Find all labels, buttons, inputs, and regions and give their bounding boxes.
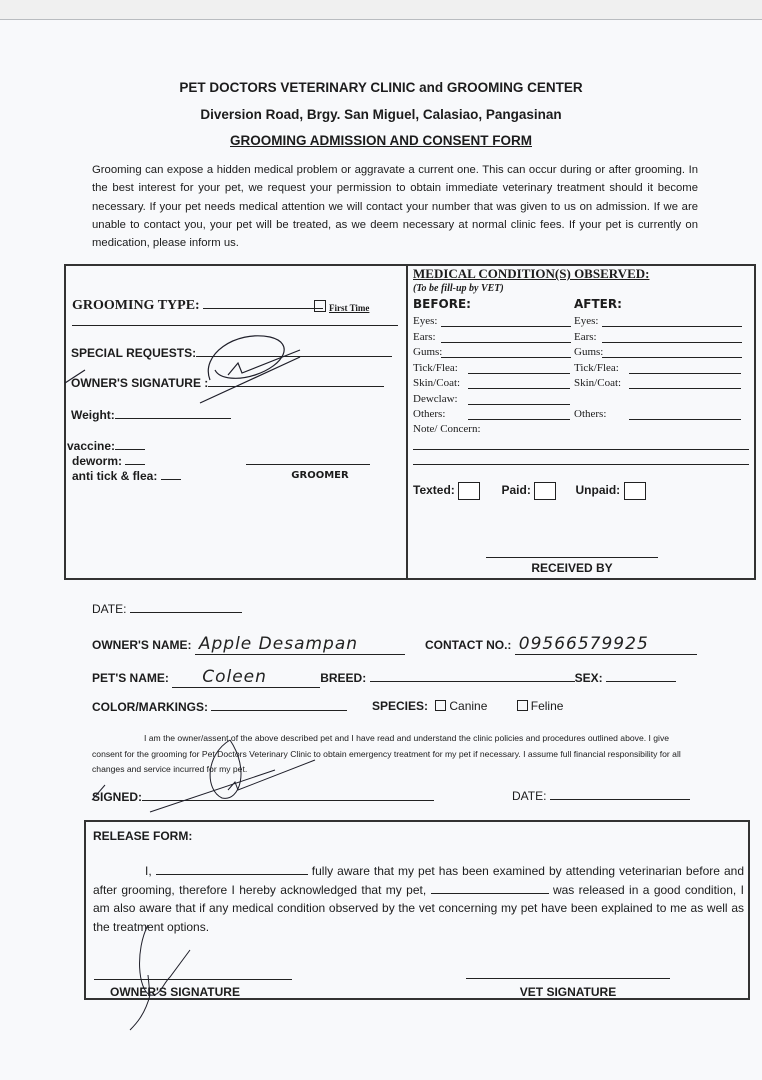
canine-checkbox[interactable] (435, 700, 446, 711)
panel-divider (406, 264, 408, 580)
contact-label: CONTACT NO.: (425, 638, 511, 652)
received-by-label: RECEIVED BY (486, 561, 658, 575)
after-field-input[interactable] (629, 388, 741, 389)
before-field-label: Gums: (413, 346, 442, 358)
before-field-input[interactable] (468, 388, 570, 389)
texted-label: Texted: (413, 483, 455, 497)
groomer-label: GROOMER (246, 470, 394, 481)
note-label: Note/ Concern: (413, 423, 481, 435)
before-field-input[interactable] (468, 404, 570, 405)
vet-signature-label: VET SIGNATURE (466, 985, 670, 999)
grooming-type-row: GROOMING TYPE: (72, 298, 323, 314)
after-field-label: Ears: (574, 331, 597, 343)
breed-label: BREED: (320, 671, 366, 685)
after-field-row: Gums: (574, 346, 603, 358)
deworm-row: deworm: (72, 454, 145, 468)
consent-date-field[interactable] (550, 799, 690, 800)
after-field-row: Tick/Flea: (574, 362, 619, 374)
after-field-row: Ears: (574, 331, 597, 343)
after-field-input[interactable] (602, 357, 742, 358)
after-field-row: Others: (574, 408, 606, 420)
before-field-label: Eyes: (413, 315, 437, 327)
pet-name-row: PET'S NAME: ColeenBREED: SEX: (92, 667, 676, 688)
after-field-row: Skin/Coat: (574, 377, 621, 389)
clinic-address: Diversion Road, Brgy. San Miguel, Calasi… (0, 107, 762, 122)
scan-top-edge (0, 0, 762, 20)
pet-name-field[interactable]: Coleen (172, 667, 320, 688)
anti-tick-row: anti tick & flea: (72, 469, 181, 483)
vaccine-field[interactable] (115, 449, 145, 450)
release-i: I, (93, 864, 152, 878)
before-field-row: Gums: (413, 346, 442, 358)
deworm-label: deworm: (72, 454, 122, 468)
species-row: SPECIES: Canine Feline (372, 699, 563, 713)
species-label: SPECIES: (372, 699, 428, 713)
status-row: Texted: Paid: Unpaid: (413, 482, 646, 500)
first-time-option[interactable]: First Time (314, 300, 369, 313)
note-line-1[interactable] (413, 449, 749, 450)
contact-row: CONTACT NO.: 09566579925 (425, 634, 697, 655)
release-pet-name-field[interactable] (431, 893, 549, 894)
paid-checkbox[interactable] (534, 482, 556, 500)
before-field-input[interactable] (468, 419, 570, 420)
intro-paragraph: Grooming can expose a hidden medical pro… (92, 161, 698, 252)
after-field-input[interactable] (629, 373, 741, 374)
owner-name-label: OWNER'S NAME: (92, 638, 192, 652)
weight-label: Weight: (71, 408, 115, 422)
breed-field[interactable] (370, 681, 575, 682)
after-field-label: Gums: (574, 346, 603, 358)
deworm-field[interactable] (125, 464, 145, 465)
before-field-row: Ears: (413, 331, 436, 343)
before-field-label: Ears: (413, 331, 436, 343)
vaccine-label: vaccine: (67, 439, 115, 453)
weight-field[interactable] (115, 418, 231, 419)
release-owner-name-field[interactable] (156, 874, 308, 875)
unpaid-label: Unpaid: (576, 483, 621, 497)
received-by-line[interactable] (486, 557, 658, 558)
before-field-row: Eyes: (413, 315, 437, 327)
vet-signature-line[interactable] (466, 978, 670, 979)
before-field-row: Tick/Flea: (413, 362, 458, 374)
anti-tick-field[interactable] (161, 479, 181, 480)
signature-scribble-2 (90, 730, 350, 815)
before-field-row: Dewclaw: (413, 393, 458, 405)
unpaid-checkbox[interactable] (624, 482, 646, 500)
consent-date-label: DATE: (512, 789, 546, 803)
after-field-input[interactable] (602, 326, 742, 327)
before-field-label: Tick/Flea: (413, 362, 458, 374)
texted-checkbox[interactable] (458, 482, 480, 500)
owner-name-row: OWNER'S NAME: Apple Desampan (92, 634, 405, 655)
after-field-label: Tick/Flea: (574, 362, 619, 374)
first-time-checkbox[interactable] (314, 300, 326, 312)
before-field-label: Others: (413, 408, 445, 420)
signature-scribble-1 (60, 325, 320, 405)
contact-field[interactable]: 09566579925 (515, 634, 697, 655)
before-field-row: Others: (413, 408, 445, 420)
before-field-input[interactable] (441, 342, 571, 343)
pet-name-label: PET'S NAME: (92, 671, 169, 685)
owner-name-field[interactable]: Apple Desampan (195, 634, 405, 655)
signature-scribble-3 (110, 905, 230, 1035)
date-row: DATE: (92, 602, 242, 616)
grooming-type-label: GROOMING TYPE: (72, 298, 200, 313)
groomer-signature-line[interactable] (246, 464, 370, 465)
date-label: DATE: (92, 602, 126, 616)
note-line-2[interactable] (413, 464, 749, 465)
color-field[interactable] (211, 710, 347, 711)
after-field-label: Skin/Coat: (574, 377, 621, 389)
after-field-label: Others: (574, 408, 606, 420)
date-field[interactable] (130, 612, 242, 613)
after-field-input[interactable] (602, 342, 742, 343)
species-canine-option[interactable]: Canine (435, 699, 487, 713)
sex-field[interactable] (606, 681, 676, 682)
sex-label: SEX: (575, 671, 603, 685)
color-label: COLOR/MARKINGS: (92, 700, 208, 714)
clinic-name: PET DOCTORS VETERINARY CLINIC and GROOMI… (0, 80, 762, 95)
after-field-input[interactable] (629, 419, 741, 420)
after-field-label: Eyes: (574, 315, 598, 327)
canine-label: Canine (449, 699, 487, 713)
medical-subtitle: (To be fill-up by VET) (413, 283, 504, 294)
before-heading: BEFORE: (413, 297, 471, 311)
before-field-label: Skin/Coat: (413, 377, 460, 389)
before-field-input[interactable] (441, 326, 571, 327)
color-row: COLOR/MARKINGS: (92, 700, 347, 714)
consent-date-row: DATE: (512, 789, 690, 803)
before-field-row: Skin/Coat: (413, 377, 460, 389)
grooming-type-field[interactable] (203, 308, 323, 309)
paid-label: Paid: (501, 483, 530, 497)
after-heading: AFTER: (574, 297, 622, 311)
before-field-input[interactable] (441, 357, 571, 358)
species-feline-option[interactable]: Feline (517, 699, 564, 713)
before-field-input[interactable] (468, 373, 570, 374)
feline-checkbox[interactable] (517, 700, 528, 711)
vaccine-row: vaccine: (67, 439, 145, 453)
first-time-label: First Time (329, 303, 369, 313)
before-field-label: Dewclaw: (413, 393, 458, 405)
after-field-row: Eyes: (574, 315, 598, 327)
weight-row: Weight: (71, 408, 231, 422)
form-title: GROOMING ADMISSION AND CONSENT FORM (0, 133, 762, 148)
anti-tick-label: anti tick & flea: (72, 469, 157, 483)
feline-label: Feline (531, 699, 564, 713)
release-form-title: RELEASE FORM: (93, 829, 192, 843)
medical-title: MEDICAL CONDITION(S) OBSERVED: (413, 266, 649, 282)
